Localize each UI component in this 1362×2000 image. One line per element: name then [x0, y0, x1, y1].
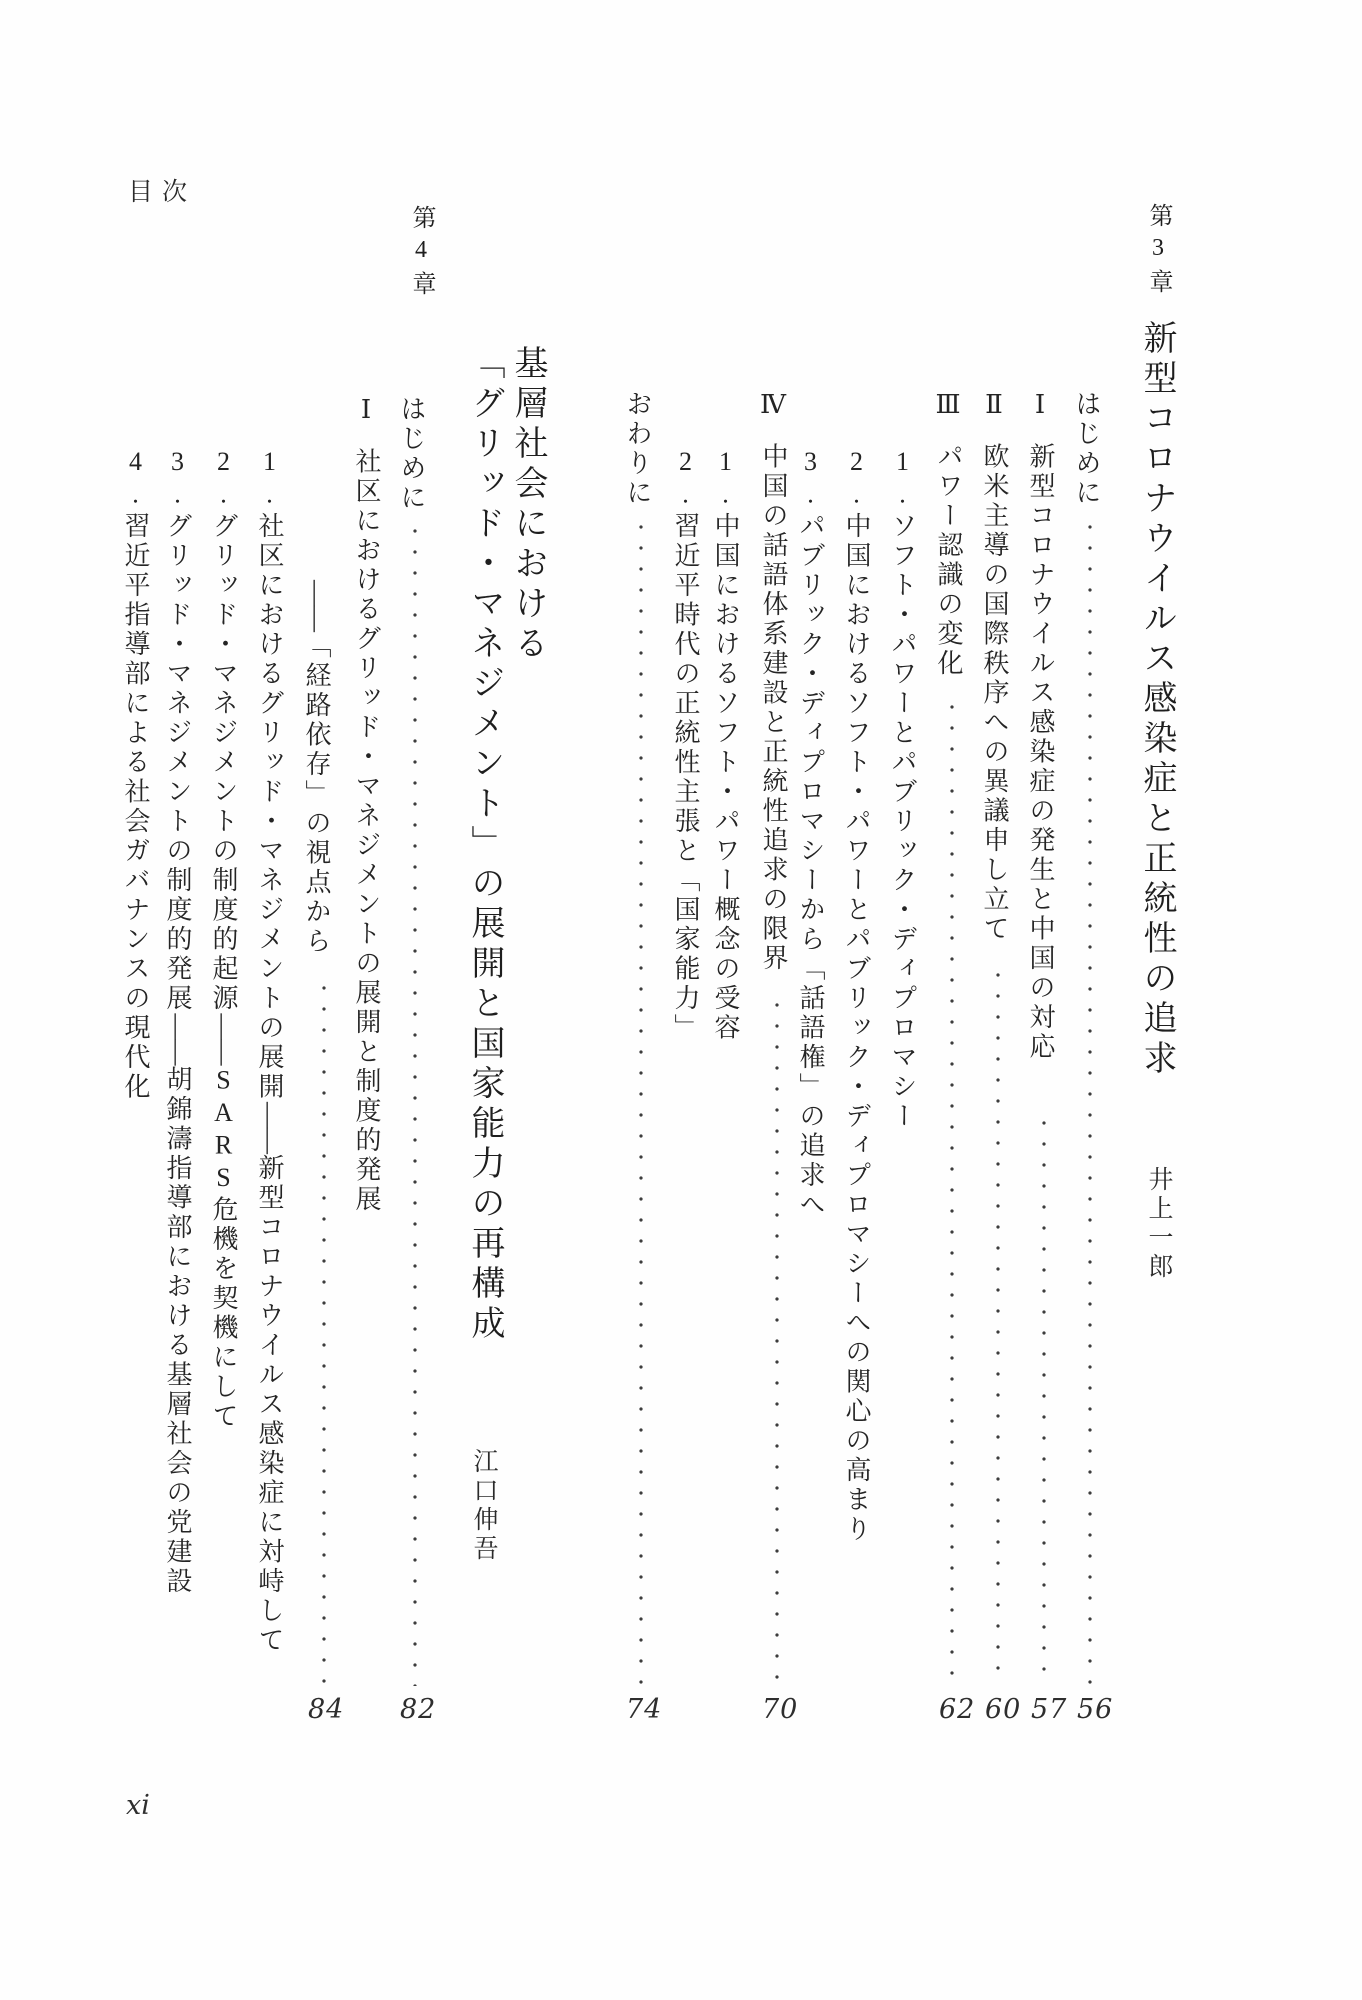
- toc-entry-ch4-sec1-subtitle: ——「経路依存」の視点から: [311, 580, 339, 957]
- toc-entry-ch3-sec1: Ⅰ新型コロナウイルス感染症の発生と中国の対応: [1031, 390, 1059, 1062]
- em-dash: ——: [255, 1102, 284, 1154]
- page-number: 62: [939, 1694, 975, 1725]
- chapter4-author: 江口伸吾: [474, 1448, 501, 1564]
- page-number: 57: [1031, 1694, 1067, 1725]
- toc-heading: 目次: [128, 172, 196, 208]
- toc-entry-ch3-sec4: Ⅳ中国の話語体系建設と正統性追求の限界: [764, 390, 792, 974]
- page-number: 70: [762, 1694, 798, 1725]
- em-dash: ——: [209, 1014, 238, 1066]
- dot-leader: [775, 1002, 779, 1686]
- dot-leader: [639, 524, 643, 1686]
- dot-leader: [1088, 524, 1092, 1686]
- dot-leader: [996, 972, 1000, 1686]
- toc-entry-ch3-sec2: Ⅱ欧米主導の国際秩序への異議申し立て: [985, 390, 1013, 944]
- item-number: 2.: [842, 447, 871, 512]
- toc-entry-owarini-ch3: おわりに: [628, 390, 656, 508]
- chapter3-author: 井上一郎: [1149, 1166, 1176, 1282]
- toc-entry-ch3-sub4: 1.中国におけるソフト・パワー概念の受容: [716, 447, 744, 1043]
- page-number: 60: [985, 1694, 1021, 1725]
- item-number: 1.: [255, 447, 284, 512]
- toc-entry-ch3-sub3: 3.パブリック・ディプロマシーから「話語権」の追求へ: [801, 447, 829, 1220]
- dot-leader: [1042, 1120, 1046, 1686]
- toc-entry-ch3-sub1: 1.ソフト・パワーとパブリック・ディプロマシー: [893, 447, 921, 1132]
- chapter4-label: 第4章: [413, 205, 439, 303]
- toc-entry-ch4-sub1: 1.社区におけるグリッド・マネジメントの展開——新型コロナウイルス感染症に対峙し…: [264, 447, 292, 1656]
- section-numeral: Ⅳ: [759, 390, 788, 424]
- dot-leader: [322, 985, 326, 1686]
- chapter3-label: 第3章: [1150, 203, 1176, 301]
- toc-page: 目次 第3章 新型コロナウイルス感染症と正統性の追求 井上一郎 はじめに Ⅰ新型…: [0, 0, 1362, 2000]
- section-numeral: Ⅲ: [934, 390, 963, 424]
- dot-leader: [950, 704, 954, 1686]
- section-numeral: Ⅱ: [980, 390, 1009, 424]
- page-number: 74: [626, 1694, 662, 1725]
- em-dash: ——: [163, 1014, 192, 1066]
- item-number: 4.: [121, 447, 150, 512]
- item-number: 2.: [209, 447, 238, 512]
- chapter4-title-line1: 基層社会における: [516, 345, 552, 665]
- toc-entry-ch4-sub4: 4.習近平指導部による社会ガバナンスの現代化: [126, 447, 154, 1102]
- item-number: 3.: [796, 447, 825, 512]
- toc-entry-hajimeni-ch4: はじめに: [402, 395, 430, 513]
- toc-entry-ch3-sec3: Ⅲパワー認識の変化: [939, 390, 967, 679]
- toc-entry-ch4-sub3: 3.グリッド・マネジメントの制度的発展——胡錦濤指導部における基層社会の党建設: [172, 447, 200, 1597]
- folio-page-number: xi: [126, 1790, 150, 1821]
- section-numeral: Ⅰ: [352, 395, 381, 429]
- page-number: 84: [308, 1694, 344, 1725]
- page-number: 56: [1077, 1694, 1113, 1725]
- dot-leader: [413, 528, 417, 1686]
- chapter3-title: 新型コロナウイルス感染症と正統性の追求: [1145, 320, 1181, 1080]
- item-number: 1.: [711, 447, 740, 512]
- item-number: 2.: [671, 447, 700, 512]
- section-numeral: Ⅰ: [1026, 390, 1055, 424]
- toc-entry-hajimeni-ch3: はじめに: [1077, 390, 1105, 508]
- page-number: 82: [400, 1694, 436, 1725]
- toc-entry-ch3-sub2: 2.中国におけるソフト・パワーとパブリック・ディプロマシーへの関心の高まり: [847, 447, 875, 1545]
- item-number: 1.: [888, 447, 917, 512]
- toc-entry-ch4-sub2: 2.グリッド・マネジメントの制度的起源——SARS危機を契機にして: [218, 447, 246, 1432]
- chapter4-title-line2: 「グリッド・マネジメント」の展開と国家能力の再構成: [473, 345, 509, 1345]
- item-number: 3.: [163, 447, 192, 512]
- toc-entry-ch3-sub5: 2.習近平時代の正統性主張と「国家能力」: [676, 447, 704, 1043]
- em-dash: ——: [302, 580, 331, 632]
- toc-entry-ch4-sec1: Ⅰ社区におけるグリッド・マネジメントの展開と制度的発展: [357, 395, 385, 1215]
